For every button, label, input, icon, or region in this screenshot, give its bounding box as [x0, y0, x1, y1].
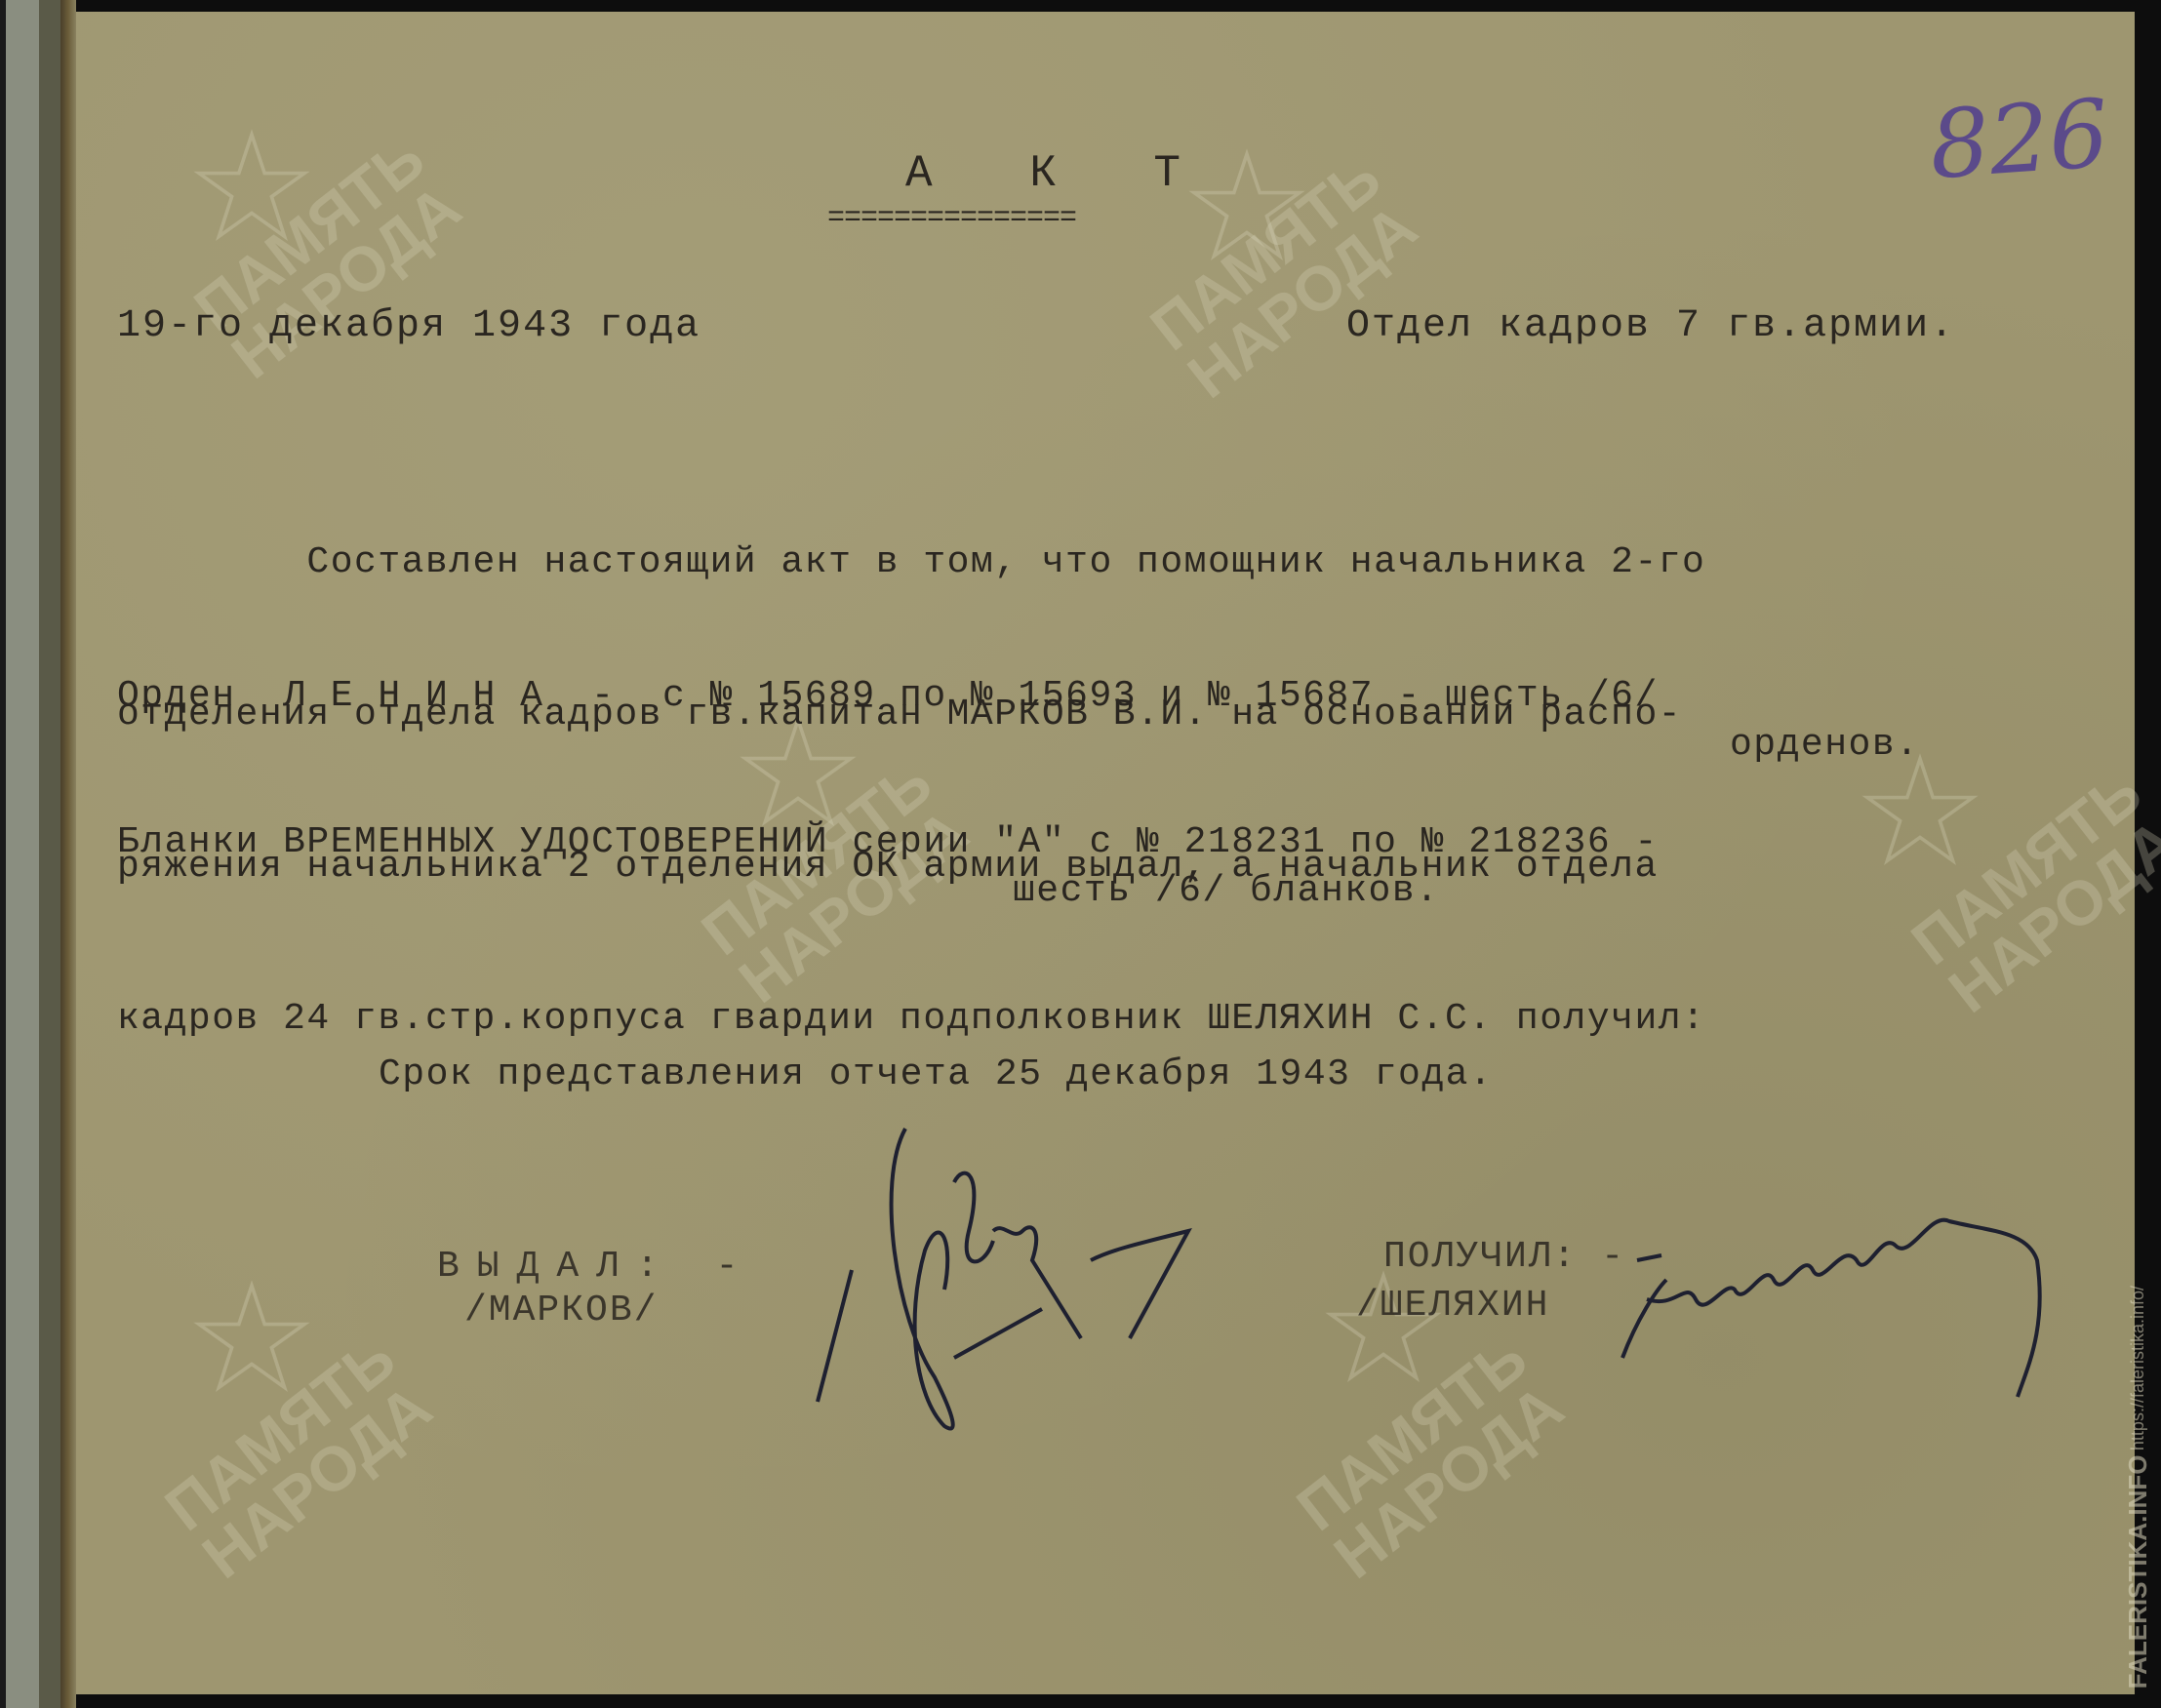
- certificate-blanks-line: Бланки ВРЕМЕННЫХ УДОСТОВЕРЕНИЙ серии "А"…: [117, 821, 1659, 863]
- site-watermark-url: https://faleristika.info/: [2128, 1286, 2147, 1450]
- star-watermark-icon: [1861, 753, 1979, 870]
- issued-by-name: /МАРКОВ/: [464, 1290, 658, 1331]
- issuing-department: Отдел кадров 7 гв.армии.: [1346, 304, 1955, 348]
- order-of-lenin-line-cont: орденов.: [1730, 724, 1919, 766]
- site-watermark-name: FALERISTIKA.INFO: [2123, 1454, 2152, 1688]
- body-line: кадров 24 гв.стр.корпуса гвардии подполк…: [117, 994, 1705, 1045]
- star-watermark-icon: [193, 129, 310, 246]
- issuer-signature: [759, 1124, 1266, 1446]
- certificate-blanks-line-cont: шесть /6/ бланков.: [1013, 870, 1439, 912]
- issued-by-label: ВЫДАЛ: -: [437, 1246, 755, 1288]
- report-deadline: Срок представления отчета 25 декабря 194…: [379, 1053, 1493, 1095]
- binding-strip: [0, 0, 60, 1708]
- document-date: 19-го декабря 1943 года: [117, 304, 700, 348]
- document-title: А К Т: [905, 148, 1216, 199]
- order-of-lenin-line: Орден Л Е Н И Н А - с № 15689 по № 15693…: [117, 675, 1659, 717]
- title-underline: ===============: [827, 202, 1076, 235]
- act-body: Составлен настоящий акт в том, что помощ…: [117, 436, 1705, 1146]
- received-by-label: ПОЛУЧИЛ: -: [1383, 1236, 1625, 1278]
- paper-fold: [60, 0, 76, 1708]
- star-watermark-icon: [193, 1280, 310, 1397]
- site-watermark: FALERISTIKA.INFO https://faleristika.inf…: [2123, 1286, 2153, 1688]
- folio-number: 826: [1926, 79, 2112, 201]
- received-by-name: /ШЕЛЯХИН: [1356, 1285, 1549, 1327]
- body-line: Составлен настоящий акт в том, что помощ…: [117, 537, 1705, 588]
- receiver-signature: [1618, 1172, 2125, 1407]
- document-page: ПАМЯТЬ НАРОДА ПАМЯТЬ НАРОДА ПАМЯТЬ НАРОД…: [76, 12, 2135, 1694]
